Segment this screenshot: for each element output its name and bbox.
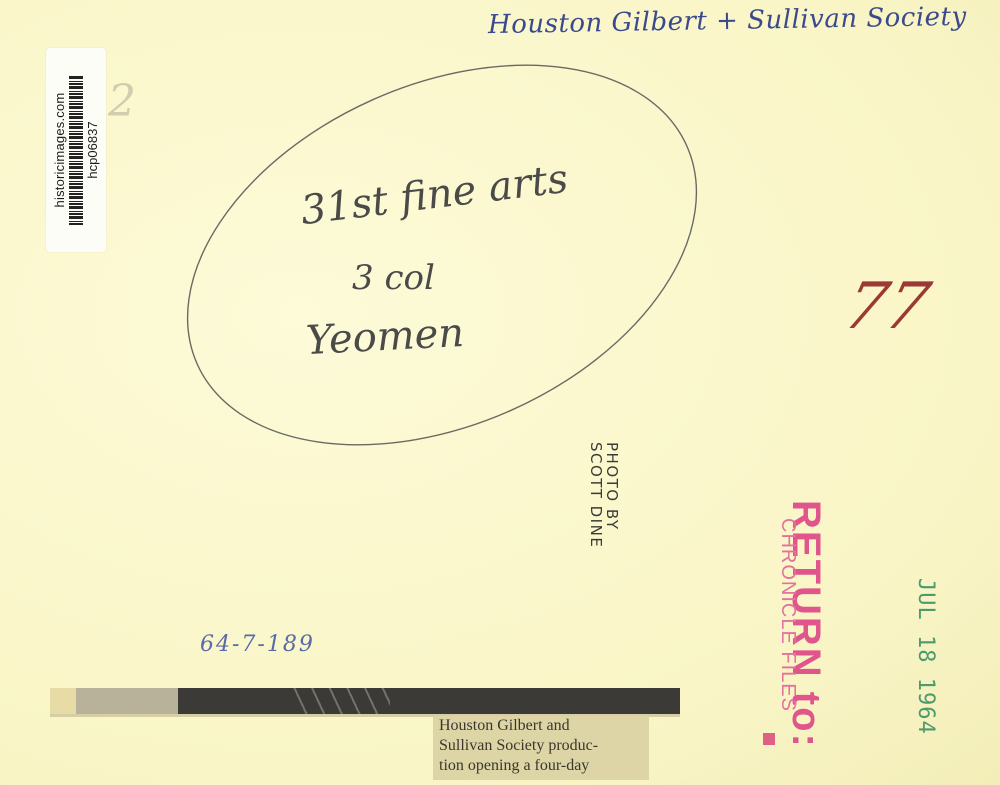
oval-note-line: 3 col	[352, 258, 435, 298]
handwritten-title: Houston Gilbert + Sullivan Society	[488, 2, 967, 40]
sticker-id-label: hcp06837	[85, 121, 100, 178]
barcode-sticker: historicimages.com hcp06837	[46, 48, 106, 252]
pencil-mark: 2	[108, 76, 136, 127]
ink-mark	[763, 733, 775, 745]
return-stamp-subtitle: CHRONICLE FILES	[778, 518, 798, 712]
sticker-site-label: historicimages.com	[52, 93, 67, 208]
photo-credit-line: PHOTO BY	[604, 442, 620, 582]
pencil-oval-icon	[170, 55, 730, 465]
oval-note-line: Yeomen	[305, 310, 465, 364]
photo-credit-stamp: PHOTO BY SCOTT DINE	[590, 442, 620, 582]
photo-credit-line: SCOTT DINE	[588, 442, 604, 582]
date-stamp: JUL 18 1964	[913, 578, 938, 735]
barcode-icon	[69, 75, 83, 225]
newspaper-clipping: Houston Gilbert and Sullivan Society pro…	[433, 716, 649, 780]
red-number: 77	[837, 270, 937, 344]
clipping-strip	[50, 688, 680, 717]
clipping-line: tion opening a four-day	[439, 756, 643, 776]
clipping-line: Houston Gilbert and	[439, 716, 643, 736]
reference-number: 64-7-189	[200, 632, 315, 657]
clipping-line: Sullivan Society produc-	[439, 736, 643, 756]
